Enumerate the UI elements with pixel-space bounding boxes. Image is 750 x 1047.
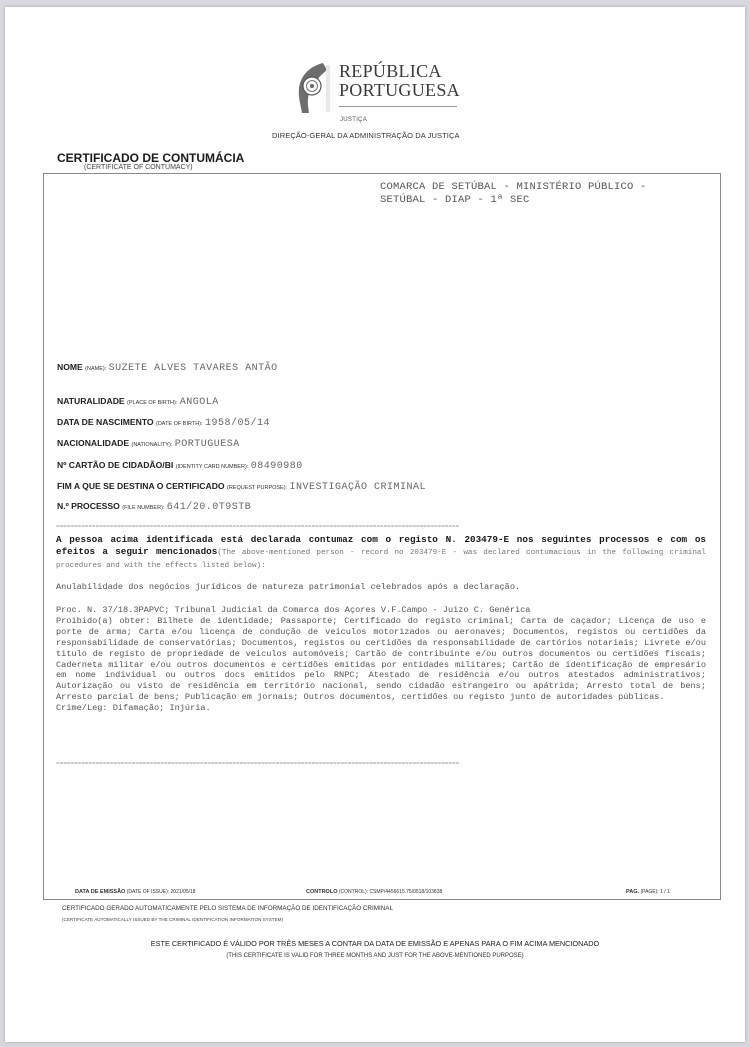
country-name: REPÚBLICA PORTUGUESA <box>339 62 460 100</box>
generated-notice-en: (CERTIFICATE AUTOMATICALLY ISSUED BY THE… <box>62 917 283 922</box>
field-request-purpose: FIM A QUE SE DESTINA O CERTIFICADO (REQU… <box>57 481 426 493</box>
field-file-number: N.º PROCESSO (FILE NUMBER): 641/20.0T9ST… <box>57 501 251 513</box>
directorate-label: DIREÇÃO-GERAL DA ADMINISTRAÇÃO DA JUSTIÇ… <box>272 131 460 140</box>
prohibitions-text: Proibido(a) obter: Bilhete de identidade… <box>56 616 706 703</box>
control-code: CONTROLO (CONTROL): CSMP/4456615.75/0518… <box>306 889 442 895</box>
issuing-authority: COMARCA DE SETÚBAL - MINISTÉRIO PÚBLICO … <box>380 181 647 207</box>
validity-notice: ESTE CERTIFICADO É VÁLIDO POR TRÊS MESES… <box>0 939 750 948</box>
field-date-of-birth: DATA DE NASCIMENTO (DATE OF BIRTH): 1958… <box>57 417 270 429</box>
header-divider <box>339 106 457 107</box>
separator-top: ========================================… <box>56 523 706 530</box>
republic-emblem-icon <box>293 62 333 114</box>
certificate-title: CERTIFICADO DE CONTUMÁCIA <box>57 151 244 165</box>
field-nationality: NACIONALIDADE (NATIONALITY): PORTUGUESA <box>57 438 240 450</box>
issue-date: DATA DE EMISSÃO (DATE OF ISSUE): 2021/05… <box>75 889 196 895</box>
field-name: NOME (NAME): SUZETE ALVES TAVARES ANTÃO <box>57 362 278 374</box>
page-number: PAG. (PAGE): 1 / 1 <box>626 889 670 895</box>
field-identity-card: Nº CARTÃO DE CIDADÃO/BI (IDENTITY CARD N… <box>57 460 303 472</box>
process-details: Proc. N. 37/18.3PAPVC; Tribunal Judicial… <box>56 605 706 714</box>
generated-notice: CERTIFICADO GERADO AUTOMATICAMENTE PELO … <box>62 905 393 912</box>
annulment-text: Anulabilidade dos negócios jurídicos de … <box>56 582 706 592</box>
ministry-label: JUSTIÇA <box>340 117 367 123</box>
crime-text: Crime/Leg: Difamação; Injúria. <box>56 703 706 714</box>
certificate-title-en: (CERTIFICATE OF CONTUMACY) <box>84 164 193 171</box>
process-reference: Proc. N. 37/18.3PAPVC; Tribunal Judicial… <box>56 605 706 616</box>
field-place-of-birth: NATURALIDADE (PLACE OF BIRTH): ANGOLA <box>57 396 219 408</box>
validity-notice-en: (THIS CERTIFICATE IS VALID FOR THREE MON… <box>0 953 750 959</box>
declaration-text: A pessoa acima identificada está declara… <box>56 534 706 573</box>
separator-bottom: ========================================… <box>56 760 706 767</box>
